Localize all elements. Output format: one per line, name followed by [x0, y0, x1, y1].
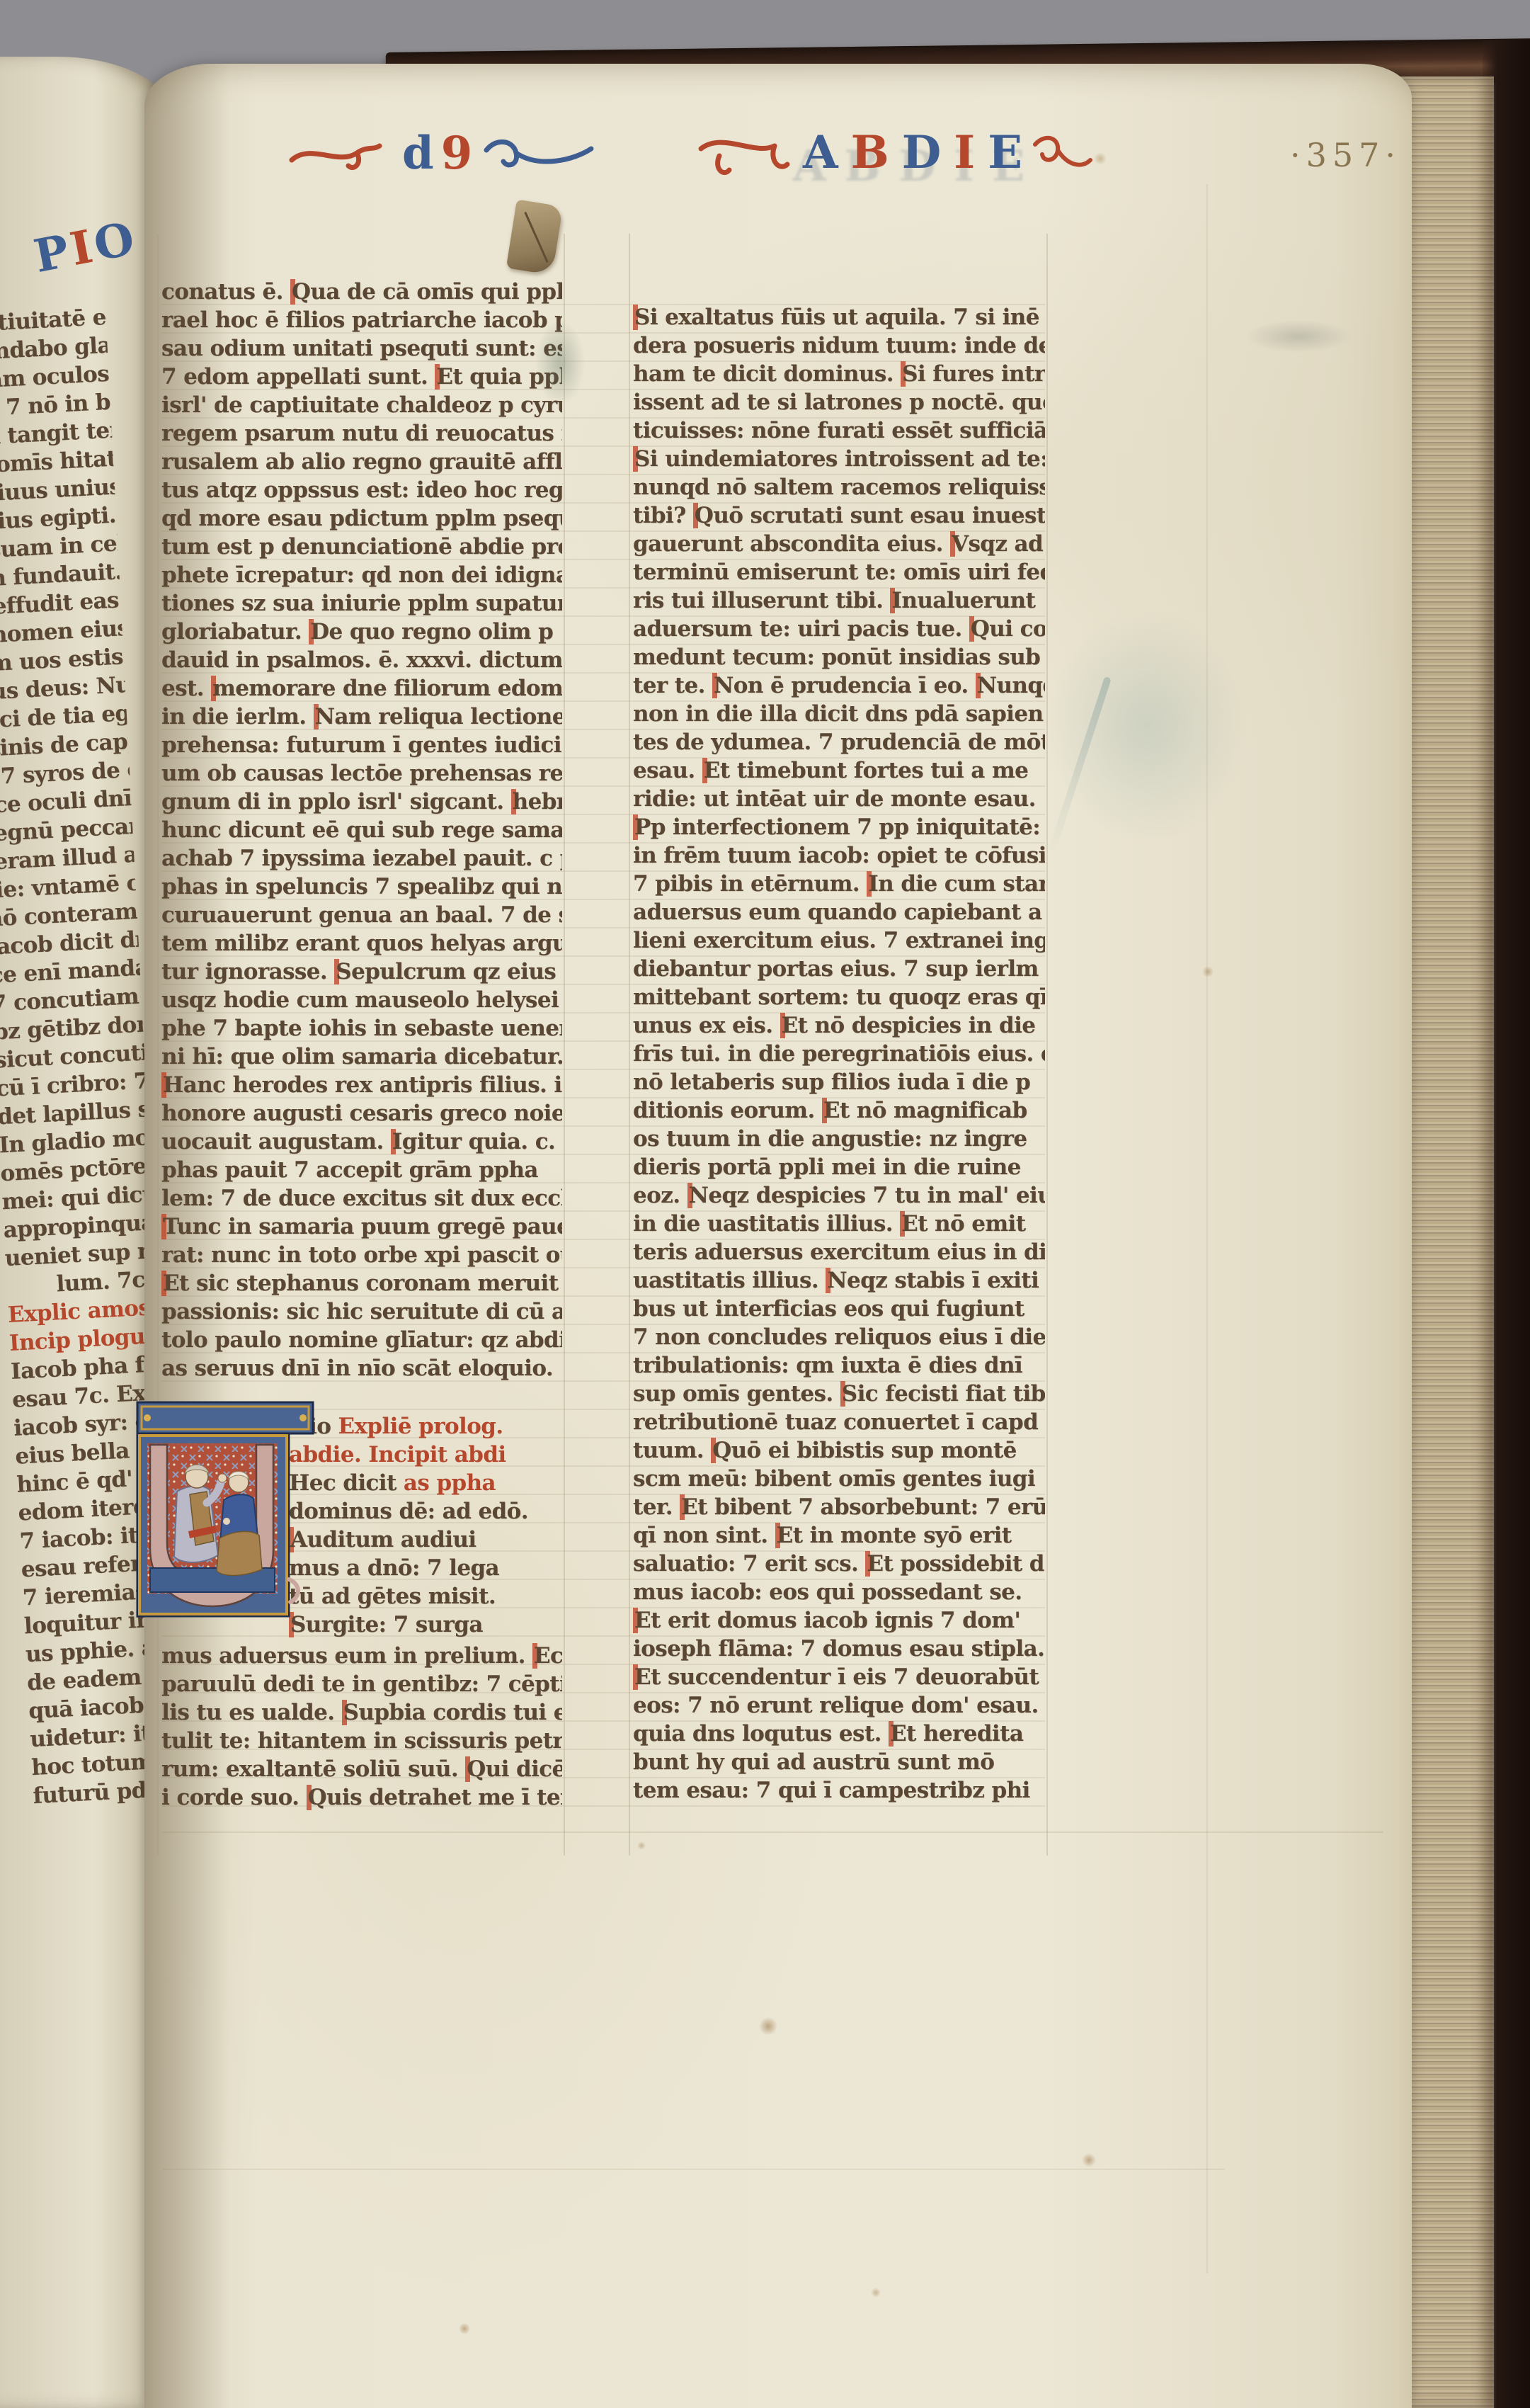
- text-line: sup omīs gentes. Sic fecisti fiat tibi:: [633, 1380, 1045, 1408]
- text-line: conatus ē. Qua de cā omīs qui pplm is: [161, 278, 562, 306]
- text-line: dera posueris nidum tuum: inde detra: [633, 331, 1045, 360]
- ruling-horizontal: [163, 2169, 1225, 2170]
- text-line: uastitatis illius. Neqz stabis ī exiti: [633, 1266, 1045, 1295]
- text-line: 7 edom appellati sunt. Et quia ppls: [161, 363, 562, 391]
- running-head-title: ABDIE: [698, 125, 1095, 181]
- text-line: non in die illa dicit dns pdā sapien: [633, 700, 1045, 728]
- text-line: curuauerunt genua an baal. 7 de sep: [161, 901, 562, 929]
- text-line: medunt tecum: ponūt insidias sub: [633, 643, 1045, 671]
- text-line: Si uindemiatores introissent ad te:: [633, 445, 1045, 473]
- text-line: eoz. Neqz despicies 7 tu in mal' eius: [633, 1181, 1045, 1210]
- text-line: prehensa: futurum ī gentes iudici: [161, 731, 562, 759]
- text-line: lem: 7 de duce excitus sit dux ecclesie.: [161, 1184, 562, 1212]
- text-line: ham te dicit dominus. Si fures intro: [633, 360, 1045, 388]
- text-line: rum: exaltantē soliū suū. Qui dicē: [161, 1755, 562, 1783]
- ruling-vertical: [1206, 184, 1208, 2273]
- text-line: gauerunt abscondita eius. Vsqz ad: [633, 530, 1045, 558]
- text-line: Pp interfectionem 7 pp iniquitatē:: [633, 813, 1045, 841]
- text-line: teris aduersus exercitum eius in die: [633, 1238, 1045, 1266]
- ruling-vertical: [564, 234, 565, 1856]
- text-line: Tunc in samaria puum gregē paue: [161, 1212, 562, 1241]
- text-line: retributionē tuaz conuertet ī capd: [633, 1408, 1045, 1436]
- text-line: Et erit domus iacob ignis 7 dom': [633, 1606, 1045, 1635]
- text-line: abdie. Incipit abdi: [289, 1441, 561, 1469]
- text-line: aduersus eum quando capiebant a: [633, 898, 1045, 926]
- text-line: honore augusti cesaris greco noie i: [161, 1099, 562, 1128]
- text-line: bus ut interficias eos qui fugiunt: [633, 1295, 1045, 1323]
- text-line: rusalem ab alio regno grauitē afflic: [161, 448, 562, 476]
- text-line: dieris portā ppli mei in die ruine: [633, 1153, 1045, 1181]
- text-line: ticuisses: nōne furati essēt sufficiā si…: [633, 416, 1045, 445]
- text-line: ni hī: que olim samaria dicebatur.: [161, 1043, 562, 1071]
- ornamental-letter: 9: [441, 131, 476, 176]
- text-line: i corde suo. Quis detrahet me ī terrā.: [161, 1783, 562, 1812]
- title-letters: ABDIE: [803, 130, 1025, 176]
- text-line: Hec dicit as ppha: [289, 1469, 561, 1497]
- text-line: 7 pibis in etērnum. In die cum stares: [633, 870, 1045, 898]
- right-column: Si exaltatus fūis ut aquila. 7 si inē sy…: [633, 303, 1045, 1805]
- text-line: Si exaltatus fūis ut aquila. 7 si inē sy: [633, 303, 1045, 331]
- text-line: uocauit augustam. Igitur quia. c.: [161, 1128, 562, 1156]
- ruling-vertical: [1046, 234, 1048, 1856]
- text-line: qī non sint. Et in monte syō erit: [633, 1521, 1045, 1550]
- text-line: unus ex eis. Et nō despicies in die: [633, 1011, 1045, 1040]
- text-line: gnum di in pplo isrl' sigcant. hebri: [161, 788, 562, 816]
- text-line: achab 7 ipyssima iezabel pauit. c p: [161, 844, 562, 873]
- text-line: phete īcrepatur: qd non dei idigna: [161, 561, 562, 589]
- text-line: mus iacob: eos qui possedant se.: [633, 1578, 1045, 1606]
- text-line: Hanc herodes rex antipris filius. i: [161, 1071, 562, 1099]
- text-line: in frēm tuum iacob: opiet te cōfusio: [633, 841, 1045, 870]
- ornamental-letter: I: [954, 130, 978, 176]
- text-line: tolo paulo nomine glīatur: qz abdi: [161, 1326, 562, 1354]
- text-line: tibi? Quō scrutati sunt esau inuesti: [633, 501, 1045, 530]
- text-line: tur ignorasse. Sepulcrum qz eius: [161, 958, 562, 986]
- ruling-horizontal: [163, 1831, 1383, 1833]
- text-line: esau. Et timebunt fortes tui a me: [633, 756, 1045, 785]
- historiated-initial-miniature: [136, 1401, 317, 1626]
- text-line: regem psarum nutu di reuocatus ie: [161, 419, 562, 448]
- text-line: um ob causas lectōe prehensas re: [161, 759, 562, 788]
- text-line: eos: 7 nō erunt relique dom' esau.: [633, 1691, 1045, 1720]
- text-line: lis tu es ualde. Supbia cordis tui ex: [161, 1698, 562, 1727]
- text-line: tus atqz oppssus est: ideo hoc regnū: [161, 476, 562, 504]
- text-line: os tuum in die angustie: nz ingre: [633, 1125, 1045, 1153]
- text-line: in die ierlm. Nam reliqua lectione: [161, 703, 562, 731]
- left-column-beside-miniature: isio Expliē prolog.abdie. Incipit abdiHe…: [289, 1412, 561, 1639]
- text-line: ridie: ut intēat uir de monte esau.: [633, 785, 1045, 813]
- text-line: mus aduersus eum in prelium. Ecce: [161, 1642, 562, 1670]
- text-line: lieni exercitum eius. 7 extranei ingre: [633, 926, 1045, 955]
- text-line: Auditum audiui: [289, 1526, 561, 1554]
- text-line: saluatio: 7 erit scs. Et possidebit do: [633, 1550, 1045, 1578]
- text-line: mus a dnō: 7 lega: [289, 1554, 561, 1582]
- text-line: phas pauit 7 accepit grām ppha: [161, 1156, 562, 1184]
- text-line: tum est p denunciationē abdie pro: [161, 533, 562, 561]
- text-line: ditionis eorum. Et nō magnificab: [633, 1096, 1045, 1125]
- pen-flourish-icon: [1031, 125, 1095, 181]
- text-line: qd more esau pdictum pplm psequ: [161, 504, 562, 533]
- ornamental-letter: d: [402, 131, 437, 176]
- text-line: isio Expliē prolog.: [289, 1412, 561, 1441]
- pen-flourish-icon: [482, 129, 595, 178]
- text-line: tribulationis: qm iuxta ē dies dnī: [633, 1351, 1045, 1380]
- quire-glyphs: d9: [402, 131, 475, 176]
- verso-running-head: PIO: [30, 216, 140, 280]
- text-line: tem milibz erant quos helyas argui: [161, 929, 562, 958]
- text-line: passionis: sic hic seruitute di cū apo: [161, 1297, 562, 1326]
- text-line: issent ad te si latrones p noctē. quō cō: [633, 388, 1045, 416]
- text-line: in die uastitatis illius. Et nō emit: [633, 1210, 1045, 1238]
- left-column-upper: conatus ē. Qua de cā omīs qui pplm israe…: [161, 278, 562, 1382]
- text-line: usqz hodie cum mauseolo helysei pro: [161, 986, 562, 1014]
- text-line: Surgite: 7 surga: [289, 1611, 561, 1639]
- text-line: nō letaberis sup filios iuda ī die p: [633, 1068, 1045, 1096]
- text-line: tū ad gētes misit.: [289, 1582, 561, 1611]
- pen-flourish-icon: [698, 125, 797, 181]
- text-line: 7 non concludes reliquos eius ī die: [633, 1323, 1045, 1351]
- text-line: as seruus dnī in nīo scāt eloquio.: [161, 1354, 562, 1382]
- ornamental-letter: O: [90, 212, 142, 272]
- text-line: diebantur portas eius. 7 sup ierlm: [633, 955, 1045, 983]
- text-line: Et succendentur ī eis 7 deuorabūt: [633, 1663, 1045, 1691]
- pen-flourish-icon: [289, 129, 395, 178]
- text-line: paruulū dedi te in gentibz: 7 cēptib': [161, 1670, 562, 1698]
- initial-tail-flourish: [289, 1579, 298, 1602]
- text-line: ris tui illuserunt tibi. Inualuerunt: [633, 586, 1045, 615]
- ornamental-letter: A: [803, 130, 841, 176]
- text-line: rael hoc ē filios patriarche iacob pdī. …: [161, 306, 562, 334]
- ornamental-letter: E: [988, 130, 1025, 176]
- ruling-vertical: [629, 234, 630, 1856]
- text-line: rat: nunc in toto orbe xpi pascit oūas.: [161, 1241, 562, 1269]
- text-line: phe 7 bapte iohis in sebaste ueneratō: [161, 1014, 562, 1043]
- text-line: gloriabatur. De quo regno olim p: [161, 618, 562, 646]
- text-line: tulit te: hitantem in scissuris petra: [161, 1727, 562, 1755]
- text-line: sau odium unitati psequti sunt: esau: [161, 334, 562, 363]
- text-line: ioseph flāma: 7 domus esau stipla.: [633, 1635, 1045, 1663]
- running-head-left-column: d9: [289, 129, 595, 178]
- text-line: frīs tui. in die peregrinatiōis eius. et: [633, 1040, 1045, 1068]
- manuscript-photo: PIO captiuitatē eoā imandabo gladio 7ona…: [0, 0, 1530, 2408]
- text-line: aduersum te: uiri pacis tue. Qui co: [633, 615, 1045, 643]
- text-line: terminū emiserunt te: omīs uiri fede: [633, 558, 1045, 586]
- text-line: phas in speluncis 7 spealibz qui nō: [161, 873, 562, 901]
- text-line: bunt hy qui ad austrū sunt mō: [633, 1748, 1045, 1776]
- text-line: tuum. Quō ei bibistis sup montē: [633, 1436, 1045, 1465]
- text-line: tem esau: 7 qui ī campestribz phi: [633, 1776, 1045, 1805]
- text-line: isrl' de captiuitate chaldeoz p cyrum: [161, 391, 562, 419]
- text-line: ter. Et bibent 7 absorbebunt: 7 erūt: [633, 1493, 1045, 1521]
- left-column-below-miniature: mus aduersus eum in prelium. Ecceparuulū…: [161, 1642, 562, 1812]
- text-line: est. memorare dne filiorum edom: [161, 674, 562, 703]
- text-line: tiones sz sua iniurie pplm supatum: [161, 589, 562, 618]
- text-line: dauid in psalmos. ē. xxxvi. dictum: [161, 646, 562, 674]
- text-line: Et sic stephanus coronam meruit i: [161, 1269, 562, 1297]
- folio-number: ·357·: [1290, 136, 1401, 174]
- text-line: tes de ydumea. 7 prudenciā de mōte: [633, 728, 1045, 756]
- text-line: nunqd nō saltem racemos reliquissēt: [633, 473, 1045, 501]
- text-line: ter te. Non ē prudencia ī eo. Nunqd: [633, 671, 1045, 700]
- ornamental-letter: D: [902, 130, 944, 176]
- text-line: quia dns loqutus est. Et heredita: [633, 1720, 1045, 1748]
- text-line: dominus dē: ad edō.: [289, 1497, 561, 1526]
- ornamental-letter: B: [851, 130, 892, 176]
- text-line: scm meū: bibent omīs gentes iugi: [633, 1465, 1045, 1493]
- text-line: mittebant sortem: tu quoqz eras qī: [633, 983, 1045, 1011]
- text-line: hunc dicunt eē qui sub rege samarie: [161, 816, 562, 844]
